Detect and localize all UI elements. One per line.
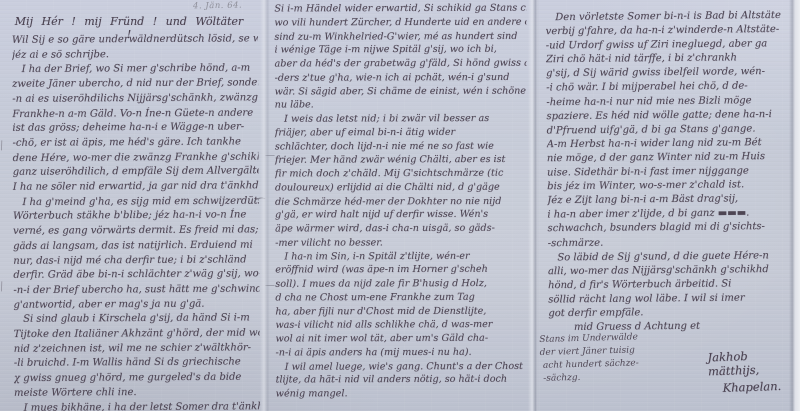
handwriting-line: -mer vilicht no besser. — [275, 236, 527, 251]
handwriting-line: friejer. Mer händ zwär wénig Chälti, abe… — [275, 153, 527, 168]
handwriting-line: fir mich doch z'chäld. Mij G'sichtschmär… — [275, 167, 527, 182]
handwriting-line: nid z'zeichnen ist, wil me ne schier z'w… — [14, 341, 260, 357]
handwriting-line: nur, das-i nijd mé cha derfir tue; i bi … — [13, 253, 259, 269]
handwriting-line: äpe wärmer wird, das-i cha-n uisgä, so g… — [275, 222, 527, 237]
letter-footer: Stans im Underwäldeder viert Jäner tuisi… — [540, 332, 786, 394]
letter-page-left: Mij Hér ! mij Fründ ! und Wöltäter ! Wil… — [0, 0, 262, 411]
handwriting-column-middle: Si i-m Händel wider erwartid, Si schikid… — [274, 2, 527, 402]
handwriting-line: i wénige Täge i-m nijwe Spitäl g'sij, wo… — [274, 43, 526, 58]
handwriting-line: Si i-m Händel wider erwartid, Si schikid… — [274, 2, 526, 17]
handwriting-line: zweite Jäner ubercho, d nid nur der Brie… — [12, 76, 258, 92]
handwriting-line: I mues bikhäne, i ha der letst Somer dra… — [14, 400, 260, 411]
handwriting-line: I ha ne söler nid erwartid, ja gar nid d… — [13, 179, 259, 195]
handwriting-line: g'antwortid, aber er mag's ja nu g'gä. — [13, 297, 259, 313]
handwriting-line: was-i vilicht nid alls schlikhe chä, d w… — [275, 318, 527, 333]
handwriting-line: χ gwiss gnueg g'hörd, me gurgeled's da b… — [14, 371, 260, 387]
handwriting-line: verné, es gang vörwärts dermit. Es freid… — [13, 223, 259, 239]
letter-page-right: Den vörletste Somer bi-n-i is Bad bi Alt… — [530, 0, 792, 411]
handwriting-line: -uid Urdorf gwiss uf Ziri inegluegd, abe… — [546, 37, 788, 53]
handwriting-line: -n ai es uiseröhdilichs Nijjärsg'schänkh… — [12, 91, 258, 107]
handwriting-line: I weis das letst nid; i bi zwär vil bess… — [275, 112, 527, 127]
letter-page-middle: Si i-m Händel wider erwartid, Si schikid… — [262, 0, 530, 411]
handwriting-column-left: Wil Sij e so gäre underwäldnerdütsch lös… — [12, 32, 260, 411]
handwriting-line: g'gä, er wird halt nijd uf derfir wisse.… — [275, 208, 527, 223]
handwriting-column-right: Den vörletste Somer bi-n-i is Bad bi Alt… — [545, 9, 790, 335]
handwriting-line: jéz ai e sö schrijbe. — [12, 47, 258, 63]
handwriting-line: friäjer, aber uf eimal bi-n-i ätig wider — [275, 125, 527, 140]
handwriting-line: soll). I mues da nijd zale fir B'husig d… — [275, 277, 527, 292]
handwriting-line: Si sind glaub i Kirschela g'sij, da händ… — [14, 312, 260, 328]
handwriting-line: d'Pfruend uifg'gä, d bi ga Stans g'gange… — [547, 122, 789, 138]
handwriting-line: alli, wo-mer das Nijjärsg'schänkh g'schi… — [548, 263, 790, 279]
signature-name: Jakhob mätthijs, — [707, 348, 786, 379]
letter-sheet: 4. Jän. 64. Mij Hér ! mij Fründ ! und Wö… — [0, 0, 800, 411]
handwriting-line: Frankhe-n a-m Gäld. Vo-n Íne-n Güete-n a… — [12, 106, 258, 122]
handwriting-line: dene Hére, wo-mer die zwänzg Frankhe g's… — [13, 150, 259, 166]
edge-pencil-tick: | — [0, 140, 4, 151]
handwriting-line: wénig mangel. — [276, 387, 528, 402]
handwriting-line: ganz uiseröhdilich, d empfäle Sij dem Al… — [13, 165, 259, 181]
handwriting-line: die Schmärze héd-mer der Dokhter no nie … — [275, 194, 527, 209]
handwriting-line: Wil Sij e so gäre underwäldnerdütsch lös… — [12, 32, 258, 48]
handwriting-line: -n-i ai äpis anders ha (mij mues-i nu ha… — [276, 345, 528, 360]
handwriting-line: sind zu-m Winkhelried-G'wier, mé as hund… — [274, 29, 526, 44]
handwriting-line: eröffnid wird (was äpe-n im Horner g'sch… — [275, 263, 527, 278]
handwriting-line: I ha der Brief, wo Si mer g'schribe hönd… — [12, 62, 258, 78]
dateline-block: Stans im Underwäldeder viert Jäner tuisi… — [539, 330, 691, 396]
handwriting-line: -li bruichd. I-m Wallis händ Si ds griec… — [14, 356, 260, 372]
handwriting-line: -i chö wär. I bi mijperabel hei chö, d d… — [546, 80, 788, 96]
handwriting-line: Wörterbuch stäkhe b'blibe; jéz ha-n-i vo… — [13, 209, 259, 225]
edge-pencil-tick: | — [0, 281, 4, 292]
handwriting-line: uise. Sidethär bi-n-i fast imer nijggang… — [547, 164, 789, 180]
handwriting-line: I wil amel luege, wie's gang. Chunt's a … — [276, 359, 528, 374]
handwriting-line: -n-i der Brief ubercho ha, sust hätt me … — [13, 283, 259, 299]
handwriting-line: schwachch, bsunders blagid mi di g'sicht… — [547, 220, 789, 236]
handwriting-line: -chö, er ist ai äpis, me héd's gäre. Ich… — [12, 135, 258, 151]
handwriting-line: ist das gröss; deheime ha-n-i e Wägge-n … — [12, 120, 258, 136]
handwriting-line: söllid rächt lang wol läbe. I wil si ime… — [548, 291, 790, 307]
handwriting-line: i ha-n aber imer z'lijde, d bi ganz ▬▬▬. — [547, 206, 789, 222]
handwriting-line: d cha ne Chost um-ene Frankhe zum Tag — [275, 290, 527, 305]
handwriting-line: wol ai nit imer wol tät, aber um's Gäld … — [275, 332, 527, 347]
handwriting-line: derfir. Gräd äbe bi-n-i schlächter z'wäg… — [13, 267, 259, 283]
handwriting-line: wär. Si sägid aber, Si chäme de einist, … — [275, 84, 527, 99]
handwriting-line: aber da héd's der grabetwäg g'fäld, Si h… — [274, 57, 526, 72]
handwriting-line: I ha g'meind g'ha, es sijg mid em schwij… — [13, 194, 259, 210]
handwriting-line: wo vili hundert Zürcher, d Hunderte uid … — [274, 15, 526, 30]
handwriting-line: tlijte, da hät-i nid vil anders nötig, s… — [276, 373, 528, 388]
handwriting-line: douloureux) erlijdid ai die Chälti nid, … — [275, 180, 527, 195]
margin-dash-mark: — — [265, 280, 275, 291]
handwriting-line: -ders z'tue g'ha, wie-n ich ai pchät, wé… — [275, 71, 527, 86]
signature-block: Jakhob mätthijs, Khapelan. — [707, 348, 787, 396]
handwriting-line: meiste Wörtere chli ine. — [14, 385, 260, 401]
handwriting-line: Tijtoke den Italiäner Akhzänt g'hörd, de… — [14, 327, 260, 343]
handwriting-line: ha, aber fijli nur d'Chost mid de Dienst… — [275, 304, 527, 319]
signature-title: Khapelan. — [722, 379, 786, 395]
handwriting-line: gäds ai langsam, das ist natijrlich. Erd… — [13, 238, 259, 254]
handwriting-line: nu läbe. — [275, 98, 527, 113]
handwriting-line: schlächter, doch lijd-n-i nie mé ne so f… — [275, 139, 527, 154]
handwriting-line: -sächzg. — [540, 369, 690, 386]
handwriting-line: I ha-n im Sin, i-n Spitäl z'tlijte, wén-… — [275, 249, 527, 264]
margin-dash-mark: — — [265, 150, 275, 161]
handwriting-line: So läbid de Sij g'sund, d die guete Hére… — [548, 249, 790, 265]
